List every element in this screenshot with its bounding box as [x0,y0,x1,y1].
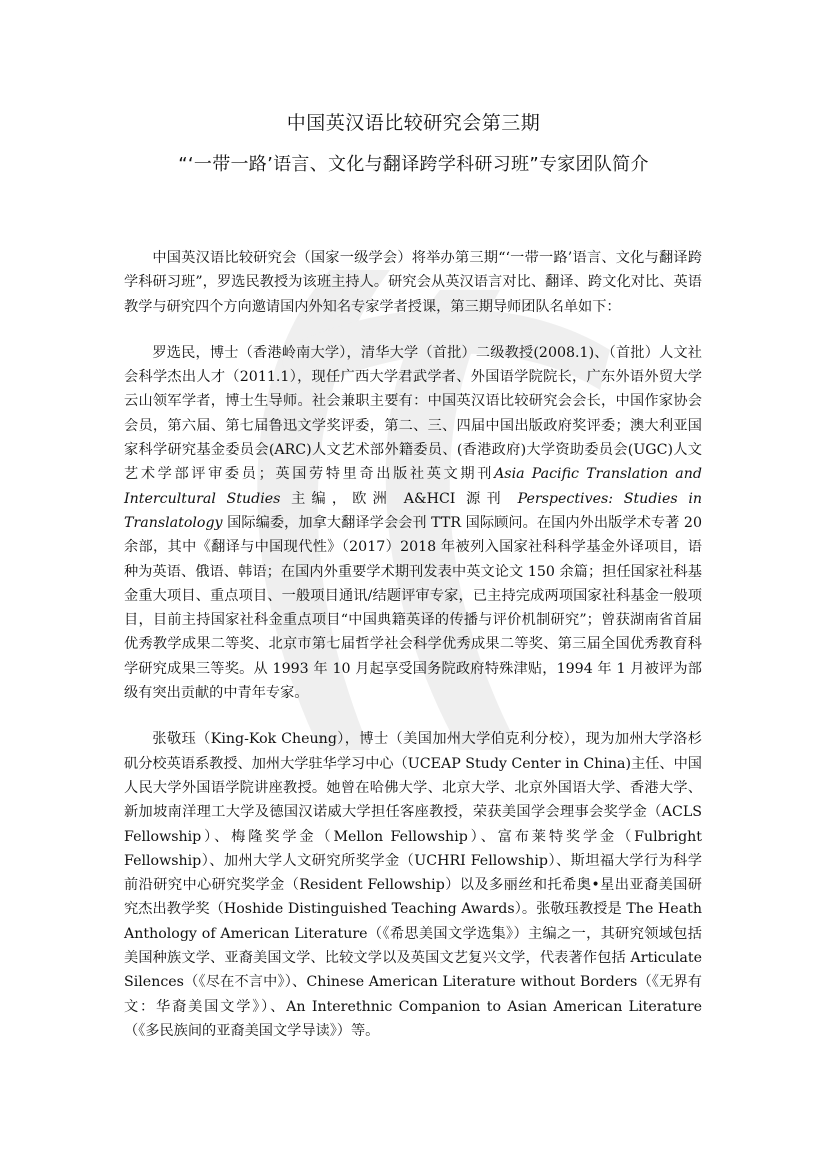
document-page: 中国英汉语比较研究会第三期 “‘一带一路’语言、文化与翻译跨学科研习班”专家团队… [0,0,827,1170]
bio-text: 主编，欧洲 A&HCI 源刊 [291,491,507,507]
document-title: 中国英汉语比较研究会第三期 [0,108,827,135]
expert-bio-king-kok-cheung: 张敬珏（King-Kok Cheung），博士（美国加州大学伯克利分校），现为加… [124,727,702,1043]
bio-text: 罗选民，博士（香港岭南大学），清华大学（首批）二级教授(2008.1)、（首批）… [124,345,702,482]
intro-paragraph: 中国英汉语比较研究会（国家一级学会）将举办第三期“‘一带一路’语言、文化与翻译跨… [124,246,702,319]
document-body: 中国英汉语比较研究会（国家一级学会）将举办第三期“‘一带一路’语言、文化与翻译跨… [124,246,702,1065]
document-subtitle: “‘一带一路’语言、文化与翻译跨学科研习班”专家团队简介 [0,150,827,176]
expert-bio-luo-xuanmin: 罗选民，博士（香港岭南大学），清华大学（首批）二级教授(2008.1)、（首批）… [124,341,702,705]
bio-text: 国际编委，加拿大翻译学会会刊 TTR 国际顾问。在国内外出版学术专著 20 余部… [124,515,702,701]
